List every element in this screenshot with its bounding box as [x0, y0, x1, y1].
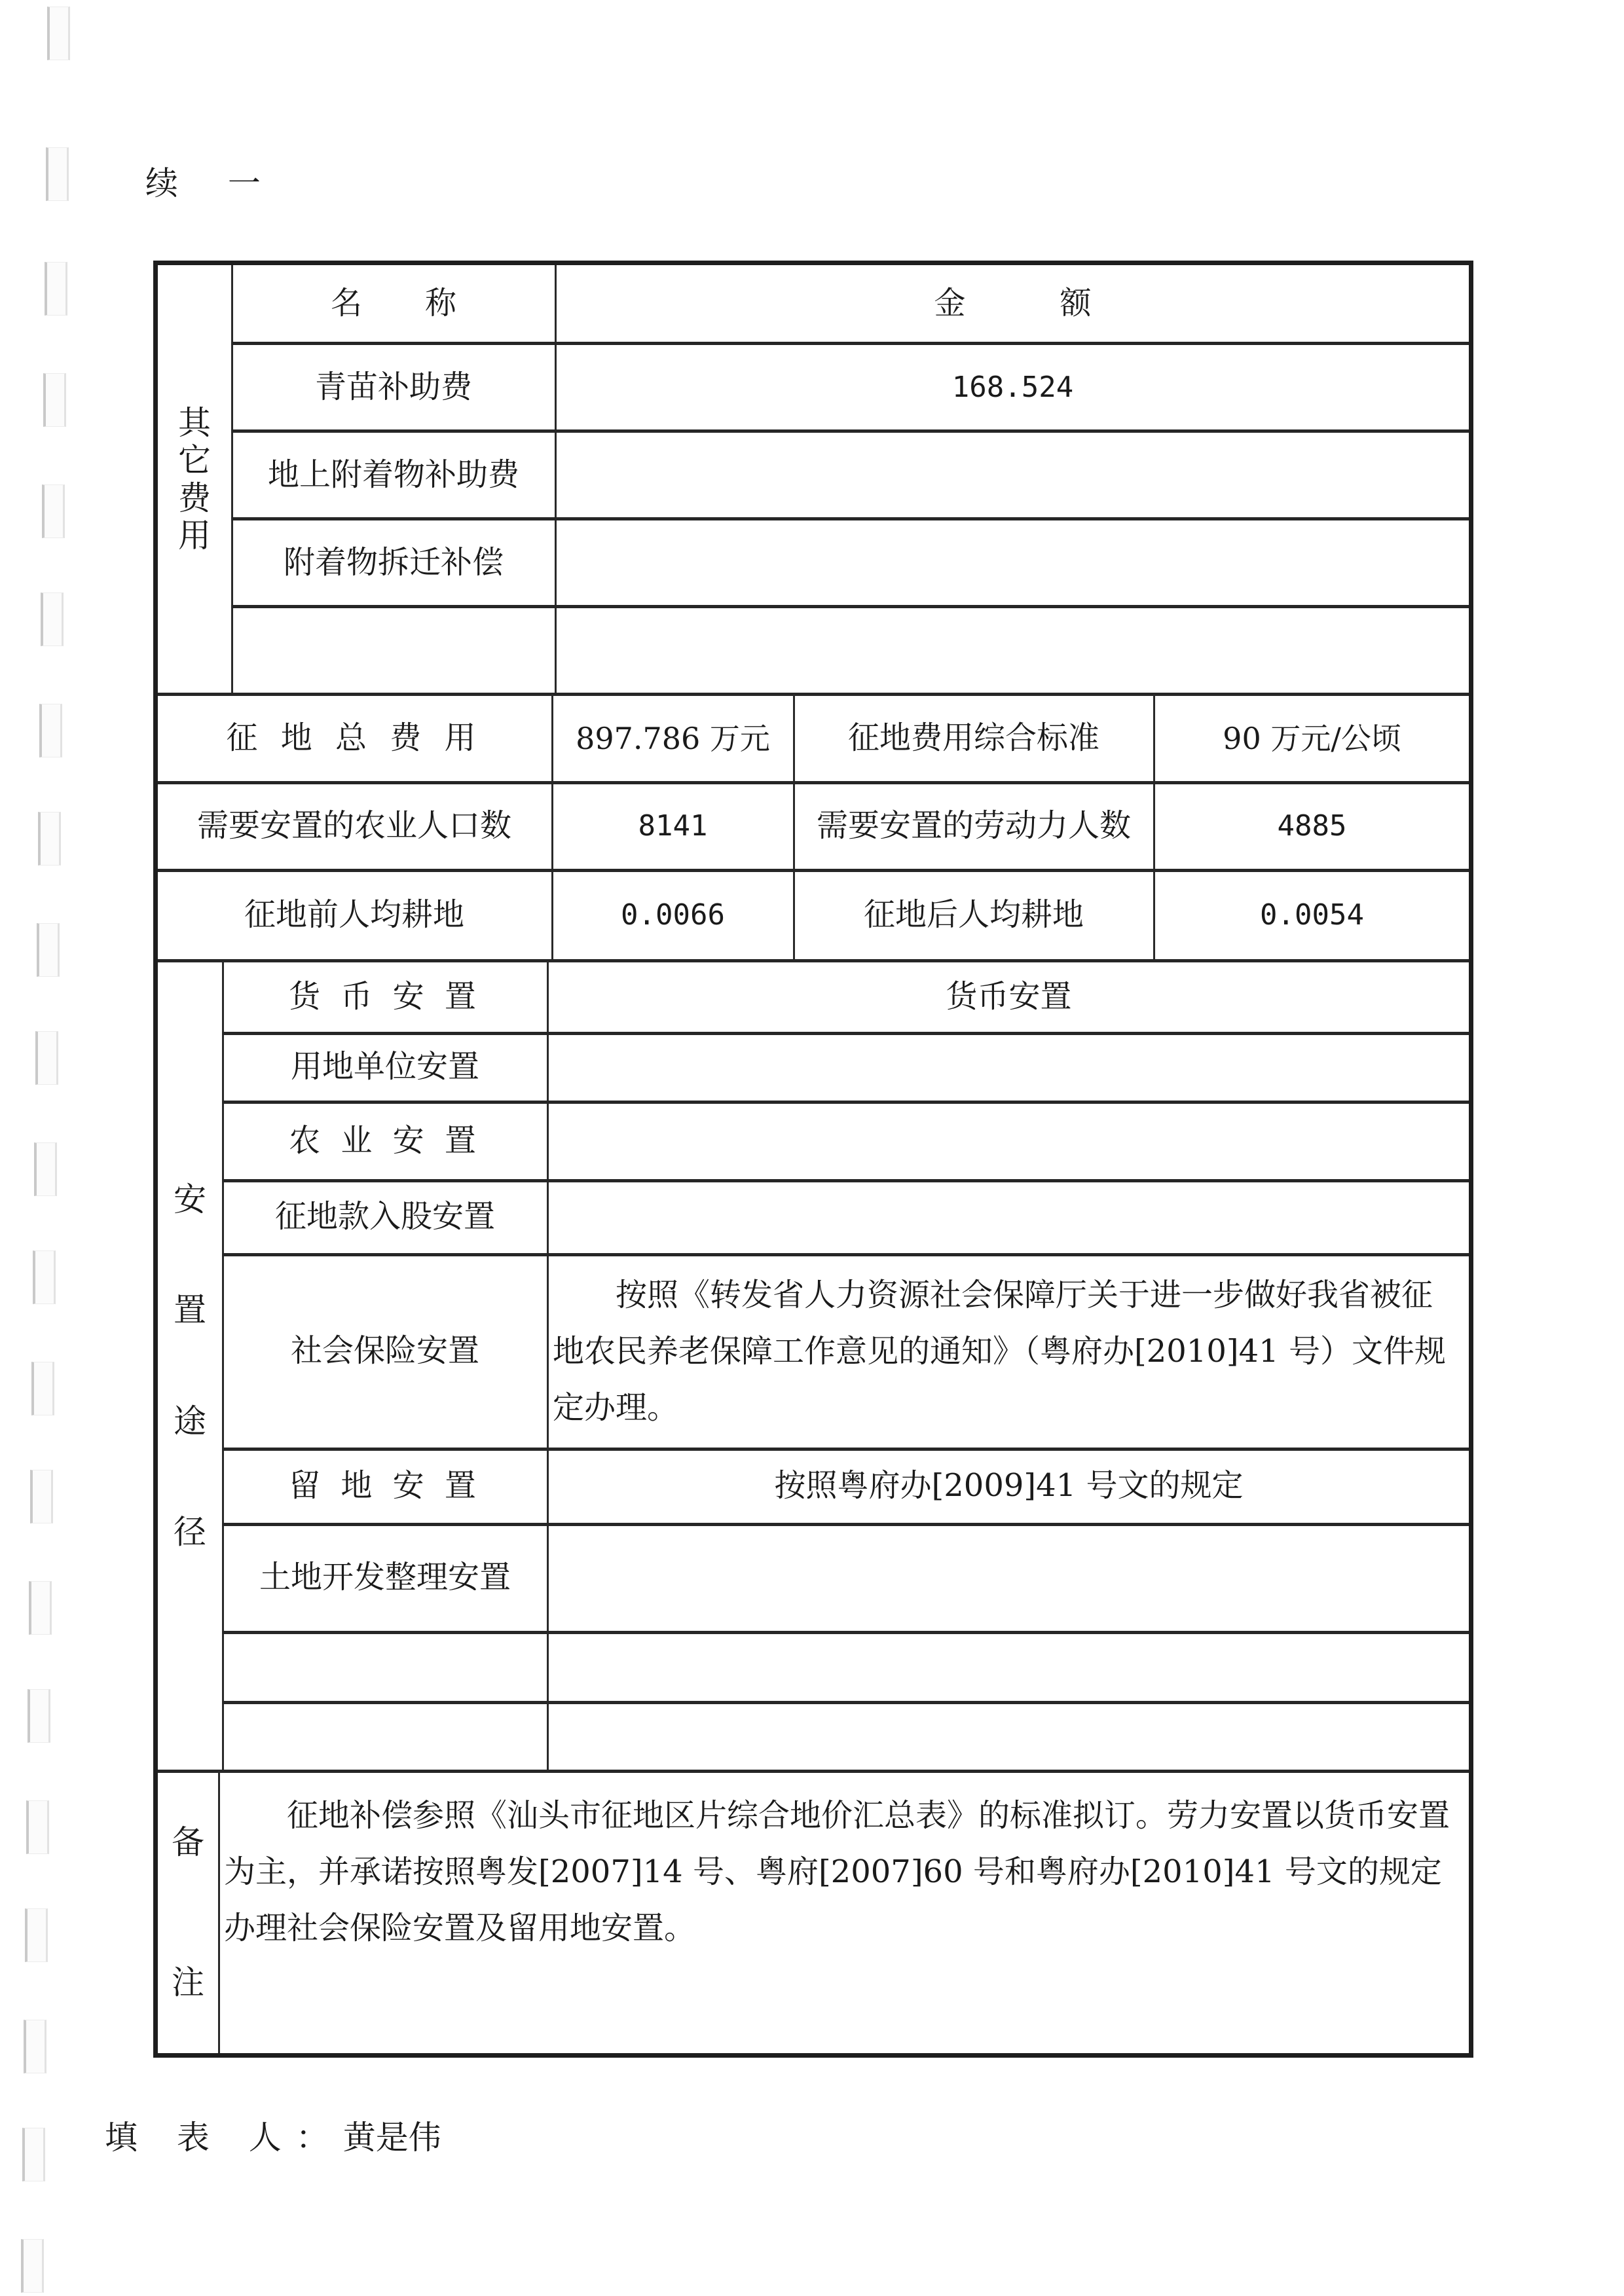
grid-line: [555, 261, 557, 695]
grid-line: [222, 961, 224, 1772]
fee-amount-cell[interactable]: [557, 520, 1469, 606]
fee-amount-cell[interactable]: [557, 608, 1469, 694]
section-char: 置: [174, 1292, 206, 1330]
form-filler: 填 表 人：黄是伟: [105, 2111, 441, 2159]
header-name-column: 名 称: [233, 265, 554, 342]
resettlement-detail[interactable]: 按照粤府办[2009]41 号文的规定: [549, 1450, 1469, 1522]
resettlement-type[interactable]: [224, 1633, 546, 1700]
grid-line: [222, 1631, 1473, 1634]
grid-line: [1153, 694, 1155, 961]
fee-amount-cell[interactable]: [557, 433, 1469, 518]
resettlement-detail[interactable]: [549, 1633, 1469, 1700]
fee-name-cell: 青苗补助费: [233, 345, 554, 430]
summary-label: 需要安置的劳动力人数: [795, 784, 1153, 869]
land-acquisition-form: 其 它 费 用 名 称 金 额 青苗补助费 168.524 地上附着物补助费 附…: [0, 0, 1624, 2296]
remarks-text: 征地补偿参照《汕头市征地区片综合地价汇总表》的标准拟订。劳力安置以货币安置为主，…: [220, 1773, 1469, 1956]
other-fees-section-label: 其 它 费 用: [158, 265, 231, 694]
remarks-section-label: 备 注: [158, 1773, 218, 2053]
fee-name-cell: 地上附着物补助费: [233, 433, 554, 518]
grid-line: [547, 961, 549, 1772]
grid-line: [153, 869, 1473, 872]
resettlement-type: 征地款入股安置: [224, 1182, 546, 1252]
resettlement-detail[interactable]: [549, 1704, 1469, 1769]
summary-label: 征地后人均耕地: [795, 871, 1153, 959]
fee-amount-cell[interactable]: 168.524: [557, 345, 1469, 430]
section-char: 其: [178, 405, 211, 443]
section-char: 注: [172, 1964, 204, 2002]
section-char: 途: [174, 1403, 206, 1441]
filler-name[interactable]: 黄是伟: [343, 2119, 441, 2157]
grid-line: [222, 1179, 1473, 1182]
resettlement-type: 货 币 安 置: [224, 962, 546, 1031]
grid-line: [231, 517, 1473, 520]
summary-value[interactable]: 0.0066: [553, 871, 792, 959]
header-amount-column: 金 额: [557, 265, 1469, 342]
grid-line: [222, 1253, 1473, 1256]
section-char: 用: [178, 517, 211, 555]
social-insurance-text: 按照《转发省人力资源社会保障厅关于进一步做好我省被征地农民养老保障工作意见的通知…: [549, 1267, 1469, 1436]
resettlement-detail[interactable]: 货币安置: [549, 962, 1469, 1031]
grid-line: [153, 781, 1473, 784]
section-char: 备: [172, 1824, 204, 1862]
resettlement-detail[interactable]: [549, 1103, 1469, 1178]
remarks-cell[interactable]: 征地补偿参照《汕头市征地区片综合地价汇总表》的标准拟订。劳力安置以货币安置为主，…: [220, 1773, 1469, 2053]
grid-line: [551, 694, 553, 961]
resettlement-type: 用地单位安置: [224, 1034, 546, 1100]
grid-line: [793, 694, 795, 961]
section-char: 径: [174, 1514, 206, 1552]
summary-value[interactable]: 4885: [1155, 784, 1469, 869]
grid-line: [222, 1101, 1473, 1104]
grid-line: [222, 1448, 1473, 1451]
summary-label: 征地费用综合标准: [795, 696, 1153, 781]
section-char: 它: [178, 442, 211, 480]
section-char: 安: [174, 1181, 206, 1219]
resettlement-type: 留 地 安 置: [224, 1450, 546, 1522]
summary-value[interactable]: 90 万元/公顷: [1155, 696, 1469, 781]
summary-label: 征 地 总 费 用: [158, 696, 551, 781]
grid-line: [222, 1523, 1473, 1526]
resettlement-section-label: 安 置 途 径: [158, 962, 222, 1770]
grid-line: [218, 1771, 220, 2058]
resettlement-detail[interactable]: [549, 1525, 1469, 1630]
resettlement-type[interactable]: [224, 1704, 546, 1769]
grid-line: [222, 1032, 1473, 1035]
resettlement-detail[interactable]: 按照《转发省人力资源社会保障厅关于进一步做好我省被征地农民养老保障工作意见的通知…: [549, 1256, 1469, 1447]
summary-value[interactable]: 0.0054: [1155, 871, 1469, 959]
fee-name-cell[interactable]: [233, 608, 554, 694]
resettlement-detail[interactable]: [549, 1034, 1469, 1100]
filler-label: 填 表 人：: [105, 2119, 343, 2157]
section-char: 费: [178, 480, 211, 518]
resettlement-type: 农 业 安 置: [224, 1103, 546, 1178]
resettlement-type: 社会保险安置: [224, 1256, 546, 1447]
grid-line: [231, 261, 233, 695]
grid-line: [231, 342, 1473, 345]
summary-label: 需要安置的农业人口数: [158, 784, 551, 869]
fee-name-cell: 附着物拆迁补偿: [233, 520, 554, 606]
grid-line: [231, 429, 1473, 433]
summary-value[interactable]: 897.786 万元: [553, 696, 792, 781]
resettlement-type: 土地开发整理安置: [224, 1525, 546, 1630]
grid-line: [231, 605, 1473, 608]
summary-value[interactable]: 8141: [553, 784, 792, 869]
summary-label: 征地前人均耕地: [158, 871, 551, 959]
resettlement-detail[interactable]: [549, 1182, 1469, 1252]
grid-line: [222, 1701, 1473, 1704]
